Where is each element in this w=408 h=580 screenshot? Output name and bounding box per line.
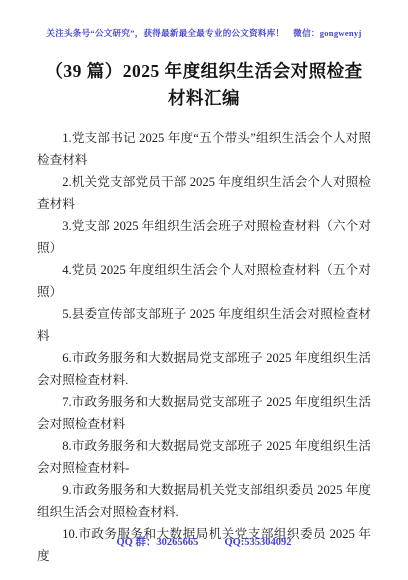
qq-number-text: QQ:535304092 [224, 536, 291, 550]
toc-list: 1.党支部书记 2025 年度“五个带头”组织生活会个人对照检查材料 2.机关党… [37, 127, 371, 567]
toc-item: 3.党支部 2025 年组织生活会班子对照检查材料（六个对照） [37, 215, 371, 259]
banner-wechat-text: 微信：gongwenyj [293, 27, 361, 39]
document-page: 关注头条号“公文研究”，获得最新最全最专业的公文资料库！ 微信：gongweny… [0, 0, 408, 580]
toc-item: 8.市政务服务和大数据局党支部班子 2025 年度组织生活会对照检查材料- [37, 435, 371, 479]
toc-item: 1.党支部书记 2025 年度“五个带头”组织生活会个人对照检查材料 [37, 127, 371, 171]
toc-item: 6.市政务服务和大数据局党支部班子 2025 年度组织生活会对照检查材料. [37, 347, 371, 391]
banner-promo-text: 关注头条号“公文研究”，获得最新最全最专业的公文资料库！ [46, 27, 284, 39]
footer-banner: QQ 群：30265665 QQ:535304092 [0, 536, 408, 550]
toc-item: 9.市政务服务和大数据局机关党支部组织委员 2025 年度组织生活会对照检查材料… [37, 479, 371, 523]
page-title: （39 篇）2025 年度组织生活会对照检查材料汇编 [38, 58, 370, 112]
toc-item: 2.机关党支部党员干部 2025 年度组织生活会个人对照检查材料 [37, 171, 371, 215]
toc-item: 4.党员 2025 年度组织生活会个人对照检查材料（五个对照） [37, 259, 371, 303]
toc-item: 7.市政务服务和大数据局党支部班子 2025 年度组织生活会对照检查材料 [37, 391, 371, 435]
toc-item: 5.县委宣传部支部班子 2025 年度组织生活会对照检查材料 [37, 303, 371, 347]
qq-group-text: QQ 群：30265665 [116, 536, 198, 550]
header-banner: 关注头条号“公文研究”，获得最新最全最专业的公文资料库！ 微信：gongweny… [0, 0, 408, 39]
